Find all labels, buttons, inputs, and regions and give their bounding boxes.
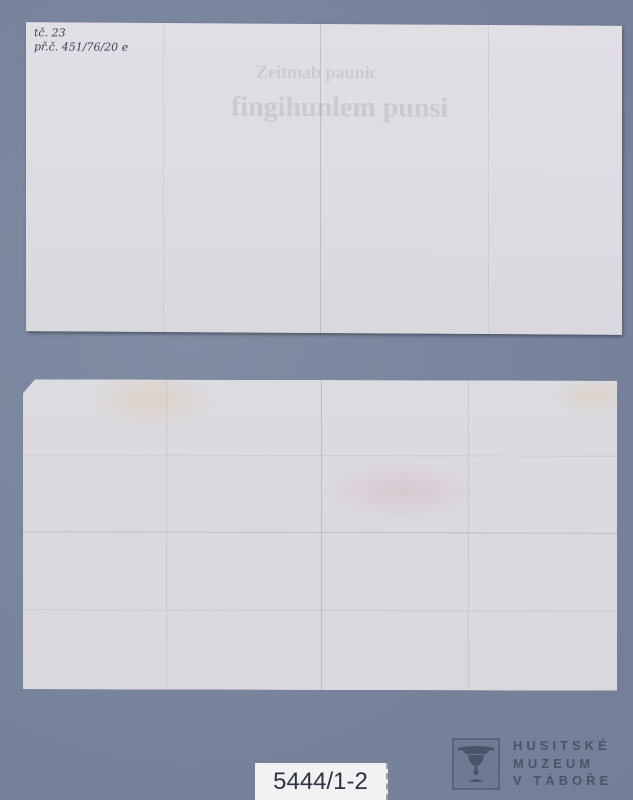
fold-line — [166, 380, 167, 690]
document-bottom — [23, 379, 617, 691]
fold-line — [320, 24, 321, 333]
fold-line — [23, 531, 617, 534]
fold-line — [488, 25, 489, 334]
note-line-1: tč. 23 — [34, 26, 128, 41]
note-line-2: př.č. 451/76/20 e — [34, 40, 128, 55]
fold-line — [468, 380, 469, 690]
red-ink-show-through — [323, 460, 483, 520]
museum-name: HUSITSKÉ MUZEUM V TÁBOŘE — [513, 737, 612, 790]
show-through-text-1: Zeitmab paunic — [256, 62, 378, 84]
fold-line — [23, 454, 617, 457]
museum-name-line-3: V TÁBOŘE — [513, 772, 612, 790]
museum-name-line-1: HUSITSKÉ — [513, 737, 612, 755]
fold-line — [163, 23, 164, 332]
handwritten-inventory-note: tč. 23 př.č. 451/76/20 e — [34, 26, 128, 55]
show-through-text-2: fingihunlem punsi — [231, 91, 448, 124]
catalog-number-label: 5444/1-2 — [255, 763, 388, 800]
document-top: tč. 23 př.č. 451/76/20 e Zeitmab paunic … — [26, 22, 622, 335]
fold-line — [321, 380, 322, 690]
museum-name-line-2: MUZEUM — [513, 755, 612, 773]
chalice-icon — [452, 738, 500, 790]
fold-line — [23, 609, 617, 612]
